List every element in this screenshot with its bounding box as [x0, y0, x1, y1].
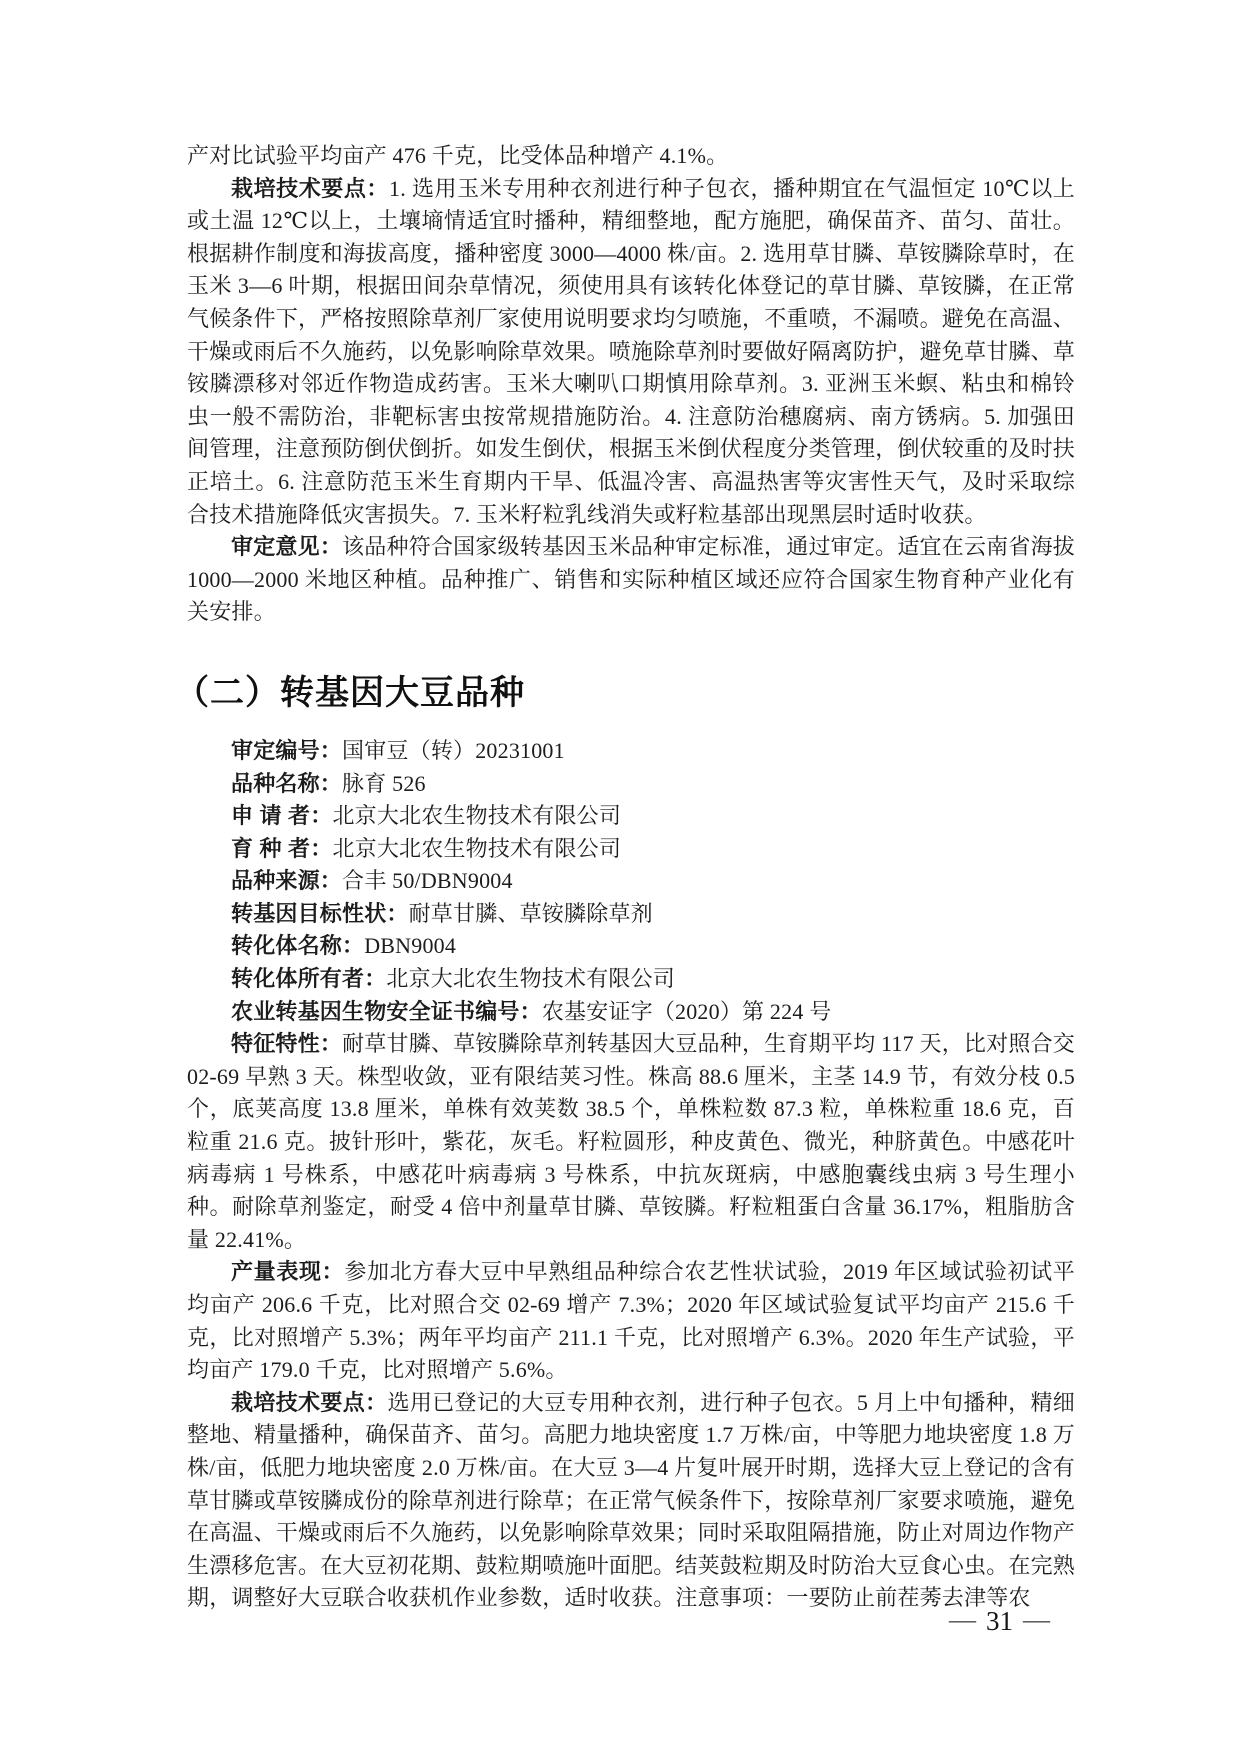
field-label-approval-number: 审定编号：: [231, 738, 342, 763]
paragraph-label-soybean-cultivation-techniques: 栽培技术要点：: [231, 1390, 387, 1415]
field-row-target-trait: 转基因目标性状：耐草甘膦、草铵膦除草剂: [187, 898, 1075, 931]
page-number-dash-right: —: [1023, 1604, 1050, 1634]
document-content: 产对比试验平均亩产 476 千克，比受体品种增产 4.1%。 栽培技术要点：1.…: [187, 140, 1075, 1615]
paragraph-characteristics: 特征特性：耐草甘膦、草铵膦除草剂转基因大豆品种，生育期平均 117 天，比对照合…: [187, 1028, 1075, 1256]
field-value-breeder: 北京大北农生物技术有限公司: [332, 836, 621, 861]
paragraph-text-soybean-cultivation-techniques: 选用已登记的大豆专用种衣剂，进行种子包衣。5 月上中旬播种，精细整地、精量播种，…: [187, 1390, 1075, 1611]
field-label-target-trait: 转基因目标性状：: [231, 901, 409, 926]
field-row-event-name: 转化体名称：DBN9004: [187, 930, 1075, 963]
section-heading-gm-soybean: （二）转基因大豆品种: [175, 671, 1075, 715]
paragraph-yield-continuation: 产对比试验平均亩产 476 千克，比受体品种增产 4.1%。: [187, 140, 1075, 173]
paragraph-label-approval-opinion: 审定意见：: [231, 534, 342, 559]
paragraph-yield-performance: 产量表现：参加北方春大豆中早熟组品种综合农艺性状试验，2019 年区域试验初试平…: [187, 1256, 1075, 1386]
field-value-variety-name: 脉育 526: [342, 771, 426, 796]
variety-fields: 审定编号：国审豆（转）20231001 品种名称：脉育 526 申 请 者：北京…: [187, 735, 1075, 1028]
field-row-variety-name: 品种名称：脉育 526: [187, 768, 1075, 801]
paragraph-text-characteristics: 耐草甘膦、草铵膦除草剂转基因大豆品种，生育期平均 117 天，比对照合交 02-…: [187, 1031, 1075, 1252]
field-value-target-trait: 耐草甘膦、草铵膦除草剂: [409, 901, 653, 926]
field-label-applicant: 申 请 者：: [231, 803, 332, 828]
field-label-event-owner: 转化体所有者：: [231, 966, 386, 991]
paragraph-corn-cultivation-techniques: 栽培技术要点：1. 选用玉米专用种衣剂进行种子包衣，播种期宜在气温恒定 10℃以…: [187, 173, 1075, 532]
page-number: — 31 —: [949, 1606, 1050, 1636]
field-label-variety-name: 品种名称：: [231, 771, 342, 796]
paragraph-text-cultivation-techniques: 1. 选用玉米专用种衣剂进行种子包衣，播种期宜在气温恒定 10℃以上或土温 12…: [187, 176, 1075, 527]
field-row-breeder: 育 种 者：北京大北农生物技术有限公司: [187, 833, 1075, 866]
paragraph-label-cultivation-techniques: 栽培技术要点：: [231, 176, 389, 201]
field-value-event-owner: 北京大北农生物技术有限公司: [386, 966, 675, 991]
field-row-biosafety-certificate: 农业转基因生物安全证书编号：农基安证字（2020）第 224 号: [187, 996, 1075, 1029]
field-value-biosafety-certificate: 农基安证字（2020）第 224 号: [542, 999, 832, 1024]
field-label-variety-source: 品种来源：: [231, 868, 342, 893]
field-value-applicant: 北京大北农生物技术有限公司: [332, 803, 621, 828]
page-number-dash-left: —: [949, 1604, 976, 1634]
field-value-approval-number: 国审豆（转）20231001: [342, 738, 565, 763]
field-label-breeder: 育 种 者：: [231, 836, 332, 861]
paragraph-label-characteristics: 特征特性：: [231, 1031, 342, 1056]
field-row-applicant: 申 请 者：北京大北农生物技术有限公司: [187, 800, 1075, 833]
document-page: 产对比试验平均亩产 476 千克，比受体品种增产 4.1%。 栽培技术要点：1.…: [0, 0, 1240, 1754]
page-number-value: 31: [986, 1606, 1013, 1636]
field-row-approval-number: 审定编号：国审豆（转）20231001: [187, 735, 1075, 768]
field-label-biosafety-certificate: 农业转基因生物安全证书编号：: [231, 999, 542, 1024]
paragraph-soybean-cultivation-techniques: 栽培技术要点：选用已登记的大豆专用种衣剂，进行种子包衣。5 月上中旬播种，精细整…: [187, 1387, 1075, 1615]
field-value-event-name: DBN9004: [364, 933, 456, 958]
field-row-event-owner: 转化体所有者：北京大北农生物技术有限公司: [187, 963, 1075, 996]
field-label-event-name: 转化体名称：: [231, 933, 364, 958]
paragraph-label-yield-performance: 产量表现：: [231, 1259, 344, 1284]
field-row-variety-source: 品种来源：合丰 50/DBN9004: [187, 865, 1075, 898]
paragraph-approval-opinion: 审定意见：该品种符合国家级转基因玉米品种审定标准，通过审定。适宜在云南省海拔 1…: [187, 531, 1075, 629]
field-value-variety-source: 合丰 50/DBN9004: [342, 868, 513, 893]
